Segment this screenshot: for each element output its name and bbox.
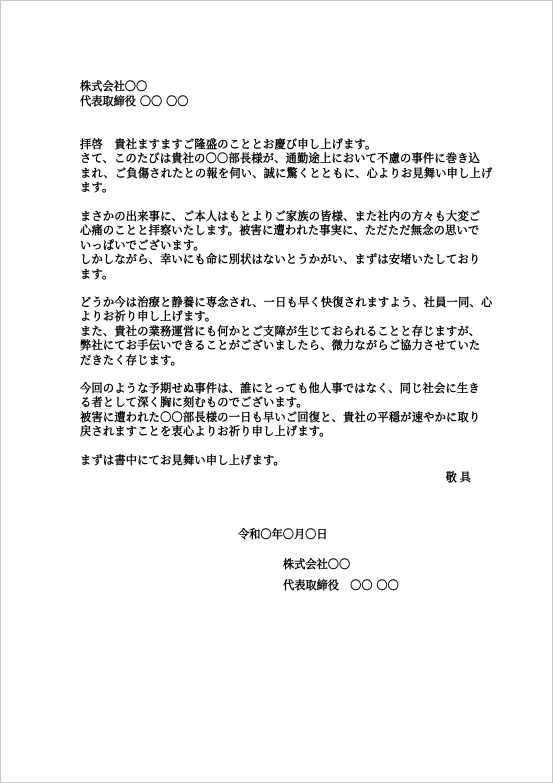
recipient-title-name: 代表取締役 〇〇 〇〇 bbox=[80, 95, 478, 109]
letter-date: 令和〇年〇月〇日 bbox=[238, 528, 328, 542]
body-line: まさかの出来事に、ご本人はもとよりご家族の皆様、また社内の方々も大変ご bbox=[80, 210, 478, 224]
body-line: まれ、ご負傷されたとの報を伺い、誠に驚くとともに、心よりお見舞い申し上げ bbox=[80, 167, 478, 181]
paragraph-conclusion: まずは書中にてお見舞い申し上げます。 bbox=[80, 454, 478, 468]
sender-title-name: 代表取締役 〇〇 〇〇 bbox=[283, 579, 399, 593]
paragraph-greeting: 拝啓 貴社ますますご隆盛のこととお慶び申し上げます。 さて、このたびは貴社の〇〇… bbox=[80, 138, 478, 196]
recipient-company: 株式会社〇〇 bbox=[80, 80, 478, 94]
body-line: また、貴社の業務運営にも何かとご支障が生じておられることと存じますが、 bbox=[80, 325, 478, 339]
body-line: 弊社にてお手伝いできることがございましたら、微力ながらご協力させていた bbox=[80, 339, 478, 353]
body-line: よりお祈り申し上げます。 bbox=[80, 310, 478, 324]
body-line: だきたく存じます。 bbox=[80, 354, 478, 368]
body-line: ます。 bbox=[80, 268, 478, 282]
body-line: る者として深く胸に刻むものでございます。 bbox=[80, 396, 478, 410]
body-line: いっぱいでございます。 bbox=[80, 239, 478, 253]
sender-company: 株式会社〇〇 bbox=[283, 558, 350, 572]
paragraph-reflection: 今回のような予期せぬ事件は、誰にとっても他人事ではなく、同じ社会に生き る者とし… bbox=[80, 382, 478, 440]
letter-page: 株式会社〇〇 代表取締役 〇〇 〇〇 拝啓 貴社ますますご隆盛のこととお慶び申し… bbox=[0, 0, 553, 783]
paragraph-recovery: どうか今は治療と静養に専念され、一日も早く快復されますよう、社員一同、心 よりお… bbox=[80, 296, 478, 368]
body-line: まずは書中にてお見舞い申し上げます。 bbox=[80, 454, 478, 468]
paragraph-sympathy: まさかの出来事に、ご本人はもとよりご家族の皆様、また社内の方々も大変ご 心痛のこ… bbox=[80, 210, 478, 282]
body-line: さて、このたびは貴社の〇〇部長様が、通勤途上において不慮の事件に巻き込 bbox=[80, 152, 478, 166]
body-line: どうか今は治療と静養に専念され、一日も早く快復されますよう、社員一同、心 bbox=[80, 296, 478, 310]
closing-keigu: 敬具 bbox=[446, 469, 474, 485]
body-line: ます。 bbox=[80, 181, 478, 195]
body-line: 拝啓 貴社ますますご隆盛のこととお慶び申し上げます。 bbox=[80, 138, 478, 152]
body-line: 心痛のことと拝察いたします。被害に遭われた事実に、ただただ無念の思いで bbox=[80, 224, 478, 238]
body-line: 戻されますことを衷心よりお祈り申し上げます。 bbox=[80, 425, 478, 439]
body-line: 今回のような予期せぬ事件は、誰にとっても他人事ではなく、同じ社会に生き bbox=[80, 382, 478, 396]
body-line: 被害に遭われた〇〇部長様の一日も早いご回復と、貴社の平穏が速やかに取り bbox=[80, 411, 478, 425]
body-line: しかしながら、幸いにも命に別状はないとうかがい、まずは安堵いたしており bbox=[80, 253, 478, 267]
